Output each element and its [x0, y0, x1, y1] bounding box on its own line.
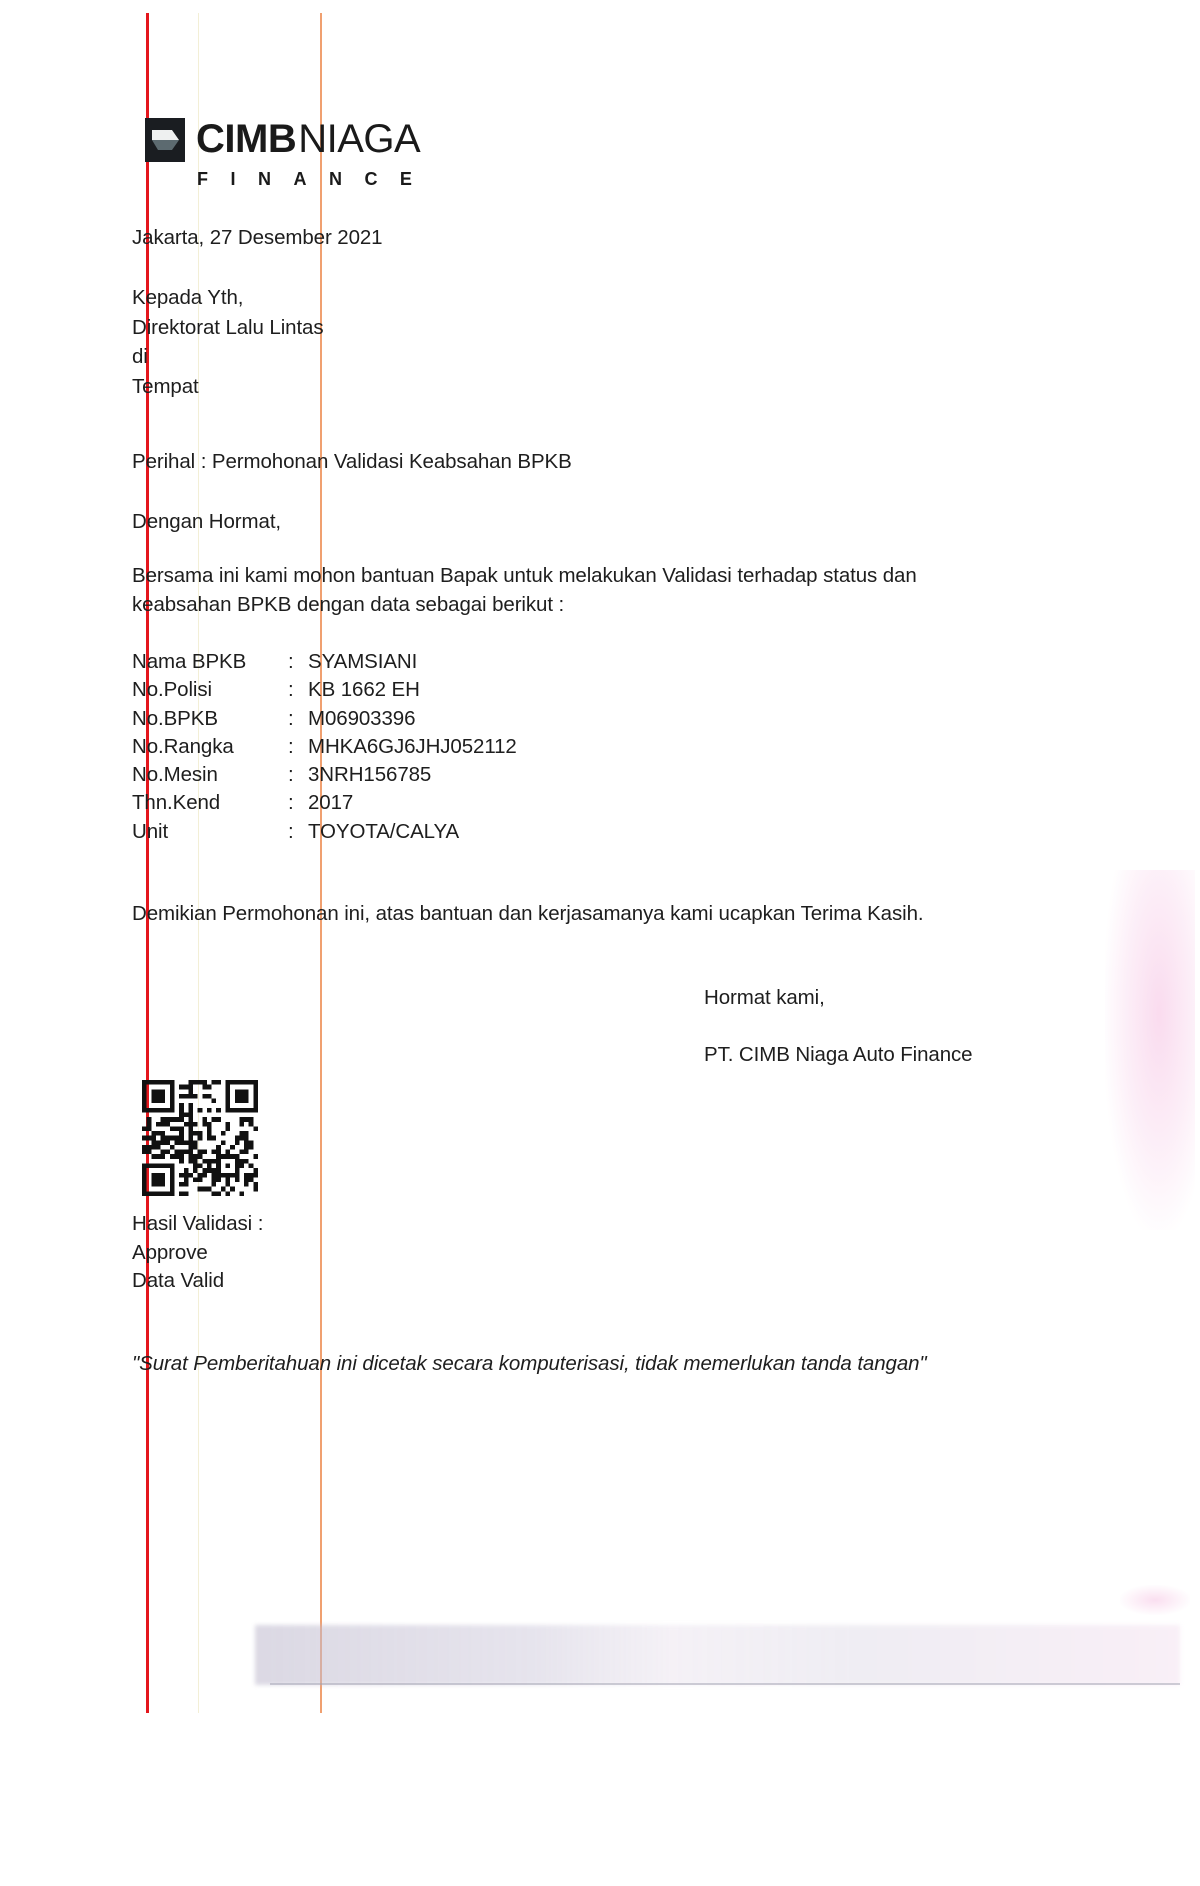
field-label: No.Polisi — [132, 678, 288, 706]
validation-detail: Data Valid — [132, 1269, 263, 1298]
table-row: No.Mesin:3NRH156785 — [132, 763, 517, 791]
brand-subtitle-letter: C — [364, 168, 377, 190]
field-value: SYAMSIANI — [308, 650, 417, 678]
scan-artifact-grey-band-edge — [270, 1683, 1180, 1685]
scan-artifact-orange-line — [320, 13, 322, 1713]
recipient-line: Kepada Yth, — [132, 286, 324, 316]
validation-status: Approve — [132, 1241, 263, 1270]
brand-name-light: NIAGA — [298, 117, 420, 161]
scan-artifact-pink-smear-small — [1120, 1585, 1190, 1615]
field-label: No.Rangka — [132, 735, 288, 763]
table-row: No.Rangka:MHKA6GJ6JHJ052112 — [132, 735, 517, 763]
field-value: TOYOTA/CALYA — [308, 820, 459, 848]
field-value: MHKA6GJ6JHJ052112 — [308, 735, 517, 763]
brand-subtitle-letter: N — [329, 168, 342, 190]
table-row: Nama BPKB:SYAMSIANI — [132, 650, 517, 678]
brand-name-bold: CIMB — [196, 117, 296, 161]
brand-subtitle-letter: F — [197, 168, 208, 190]
field-separator: : — [288, 650, 308, 678]
field-separator: : — [288, 791, 308, 819]
intro-line: Bersama ini kami mohon bantuan Bapak unt… — [132, 564, 917, 593]
computerized-notice: "Surat Pemberitahuan ini dicetak secara … — [132, 1352, 927, 1376]
field-label: No.BPKB — [132, 707, 288, 735]
intro-line: keabsahan BPKB dengan data sebagai berik… — [132, 593, 917, 622]
qr-code-icon — [142, 1080, 258, 1196]
letter-subject: Perihal : Permohonan Validasi Keabsahan … — [132, 450, 572, 474]
signature-block: Hormat kami, PT. CIMB Niaga Auto Finance — [704, 986, 973, 1067]
table-row: Unit:TOYOTA/CALYA — [132, 820, 517, 848]
recipient-line: Tempat — [132, 375, 324, 405]
recipient-line: di — [132, 345, 324, 375]
brand-subtitle-letter: N — [258, 168, 271, 190]
brand-subtitle-letter: I — [230, 168, 235, 190]
field-label: Thn.Kend — [132, 791, 288, 819]
field-separator: : — [288, 707, 308, 735]
brand-subtitle-letter: E — [400, 168, 412, 190]
field-value: 3NRH156785 — [308, 763, 431, 791]
brand-subtitle-letter: A — [293, 168, 306, 190]
scan-artifact-red-line — [146, 13, 149, 1713]
brand-name: CIMBNIAGA — [196, 116, 420, 162]
field-value: M06903396 — [308, 707, 415, 735]
scan-artifact-pink-smear — [1105, 870, 1195, 1230]
field-value: 2017 — [308, 791, 353, 819]
recipient-line: Direktorat Lalu Lintas — [132, 316, 324, 346]
validation-label: Hasil Validasi : — [132, 1212, 263, 1241]
vehicle-data-table: Nama BPKB:SYAMSIANINo.Polisi:KB 1662 EHN… — [132, 650, 517, 848]
field-separator: : — [288, 735, 308, 763]
field-label: Unit — [132, 820, 288, 848]
signature-company: PT. CIMB Niaga Auto Finance — [704, 1043, 973, 1067]
cimb-niaga-logo-mark-icon — [145, 118, 185, 162]
field-value: KB 1662 EH — [308, 678, 420, 706]
scan-artifact-grey-band — [255, 1625, 1180, 1685]
intro-paragraph: Bersama ini kami mohon bantuan Bapak unt… — [132, 564, 917, 622]
table-row: No.BPKB:M06903396 — [132, 707, 517, 735]
validation-result: Hasil Validasi : Approve Data Valid — [132, 1212, 263, 1298]
brand-subtitle: FINANCE — [197, 168, 412, 190]
letter-greeting: Dengan Hormat, — [132, 510, 281, 534]
field-separator: : — [288, 678, 308, 706]
field-label: No.Mesin — [132, 763, 288, 791]
field-separator: : — [288, 763, 308, 791]
table-row: Thn.Kend:2017 — [132, 791, 517, 819]
signature-salutation: Hormat kami, — [704, 986, 973, 1010]
closing-paragraph: Demikian Permohonan ini, atas bantuan da… — [132, 902, 923, 926]
field-separator: : — [288, 820, 308, 848]
field-label: Nama BPKB — [132, 650, 288, 678]
table-row: No.Polisi:KB 1662 EH — [132, 678, 517, 706]
recipient-block: Kepada Yth, Direktorat Lalu Lintas di Te… — [132, 286, 324, 404]
scan-artifact-faint-line — [198, 13, 199, 1713]
letter-date: Jakarta, 27 Desember 2021 — [132, 226, 382, 250]
